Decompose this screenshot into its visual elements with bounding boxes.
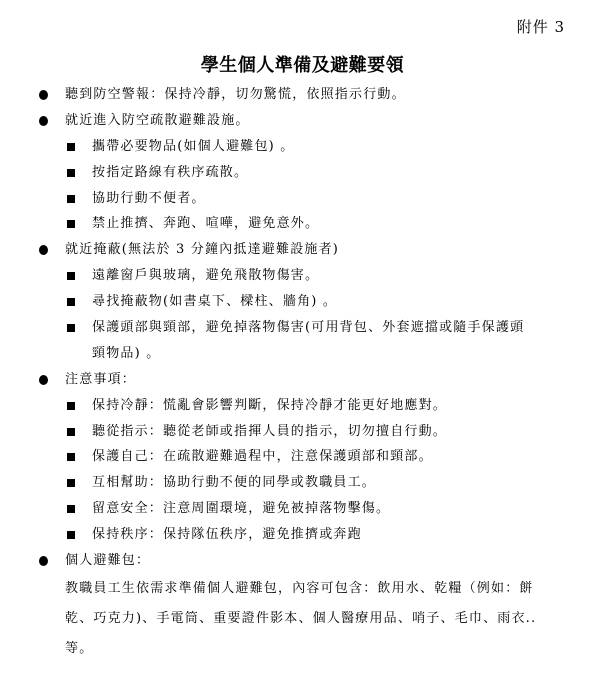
bullet-square-icon [67,479,75,487]
document-body: 聽到防空警報：保持冷靜，切勿驚慌，依照指示行動。 就近進入防空疏散避難設施。 攜… [0,82,605,664]
bullet-square-icon [67,453,75,461]
bullet-square-icon [67,220,75,228]
sub-list-item: 禁止推擠、奔跑、喧嘩，避免意外。 [0,211,605,237]
list-item: 就近掩蔽(無法於 3 分鐘內抵達避難設施者) [0,237,605,263]
sub-list-item-text: 遠離窗戶與玻璃，避免飛散物傷害。 [92,263,319,289]
bullet-square-icon [67,143,75,151]
bullet-square-icon [67,169,75,177]
bullet-square-icon [67,195,75,203]
bullet-square-icon [67,402,75,410]
sub-list-item-text: 保護自己：在疏散避難過程中，注意保護頭部和頸部。 [92,444,433,470]
paragraph-text: 乾、巧克力)、手電筒、重要證件影本、個人醫療用品、哨子、毛巾、雨衣.. [65,604,536,634]
list-item: 就近進入防空疏散避難設施。 [0,108,605,134]
bullet-square-icon [67,324,75,332]
paragraph-line: 教職員工生依需求準備個人避難包，內容可包含：飲用水、乾糧（例如：餅 [0,574,605,604]
sub-list-item: 尋找掩蔽物(如書桌下、樑柱、牆角) 。 [0,289,605,315]
bullet-circle-icon [39,375,48,385]
list-item: 注意事項： [0,367,605,393]
bullet-circle-icon [39,90,48,100]
bullet-square-icon [67,298,75,306]
sub-list-item-text: 保持秩序：保持隊伍秩序，避免推擠或奔跑 [92,522,362,548]
sub-list-item: 攜帶必要物品(如個人避難包) 。 [0,134,605,160]
sub-list-item-text: 按指定路線有秩序疏散。 [92,160,248,186]
list-item: 個人避難包： [0,548,605,574]
sub-list-item: 互相幫助：協助行動不便的同學或教職員工。 [0,470,605,496]
sub-list-item: 聽從指示：聽從老師或指揮人員的指示，切勿擅自行動。 [0,419,605,445]
bullet-square-icon [67,505,75,513]
attachment-label: 附件 3 [517,16,565,37]
sub-list-item-text: 留意安全：注意周圍環境，避免被掉落物擊傷。 [92,496,390,522]
sub-list-item-text: 保持冷靜：慌亂會影響判斷，保持冷靜才能更好地應對。 [92,393,447,419]
sub-list-item-text: 聽從指示：聽從老師或指揮人員的指示，切勿擅自行動。 [92,419,447,445]
sub-list-item-text: 頸物品) 。 [92,341,160,367]
sub-list-item-text: 攜帶必要物品(如個人避難包) 。 [92,134,294,160]
sub-list-item: 保護自己：在疏散避難過程中，注意保護頭部和頸部。 [0,444,605,470]
sub-list-item-text: 互相幫助：協助行動不便的同學或教職員工。 [92,470,376,496]
sub-list-item: 協助行動不便者。 [0,186,605,212]
sub-list-item: 留意安全：注意周圍環境，避免被掉落物擊傷。 [0,496,605,522]
sub-list-item-text: 保護頭部與頸部，避免掉落物傷害(可用背包、外套遮擋或隨手保護頭 [92,315,524,341]
sub-list-item: 遠離窗戶與玻璃，避免飛散物傷害。 [0,263,605,289]
list-item-text: 注意事項： [65,367,136,393]
list-item-text: 聽到防空警報：保持冷靜，切勿驚慌，依照指示行動。 [65,82,406,108]
paragraph-text: 教職員工生依需求準備個人避難包，內容可包含：飲用水、乾糧（例如：餅 [65,574,534,604]
paragraph-line: 等。 [0,634,605,664]
page-title: 學生個人準備及避難要領 [0,51,605,77]
paragraph-line: 乾、巧克力)、手電筒、重要證件影本、個人醫療用品、哨子、毛巾、雨衣.. [0,604,605,634]
sub-list-item-continuation: 頸物品) 。 [0,341,605,367]
bullet-circle-icon [39,116,48,126]
sub-list-item: 保護頭部與頸部，避免掉落物傷害(可用背包、外套遮擋或隨手保護頭 [0,315,605,341]
sub-list-item-text: 尋找掩蔽物(如書桌下、樑柱、牆角) 。 [92,289,337,315]
sub-list-item: 按指定路線有秩序疏散。 [0,160,605,186]
list-item-text: 就近進入防空疏散避難設施。 [65,108,250,134]
sub-list-item: 保持秩序：保持隊伍秩序，避免推擠或奔跑 [0,522,605,548]
sub-list-item-text: 協助行動不便者。 [92,186,206,212]
bullet-square-icon [67,272,75,280]
sub-list-item: 保持冷靜：慌亂會影響判斷，保持冷靜才能更好地應對。 [0,393,605,419]
list-item-text: 個人避難包： [65,548,150,574]
list-item-text: 就近掩蔽(無法於 3 分鐘內抵達避難設施者) [65,237,339,263]
bullet-circle-icon [39,556,48,566]
bullet-circle-icon [39,245,48,255]
sub-list-item-text: 禁止推擠、奔跑、喧嘩，避免意外。 [92,211,319,237]
paragraph-text: 等。 [65,634,93,664]
list-item: 聽到防空警報：保持冷靜，切勿驚慌，依照指示行動。 [0,82,605,108]
bullet-square-icon [67,531,75,539]
bullet-square-icon [67,428,75,436]
